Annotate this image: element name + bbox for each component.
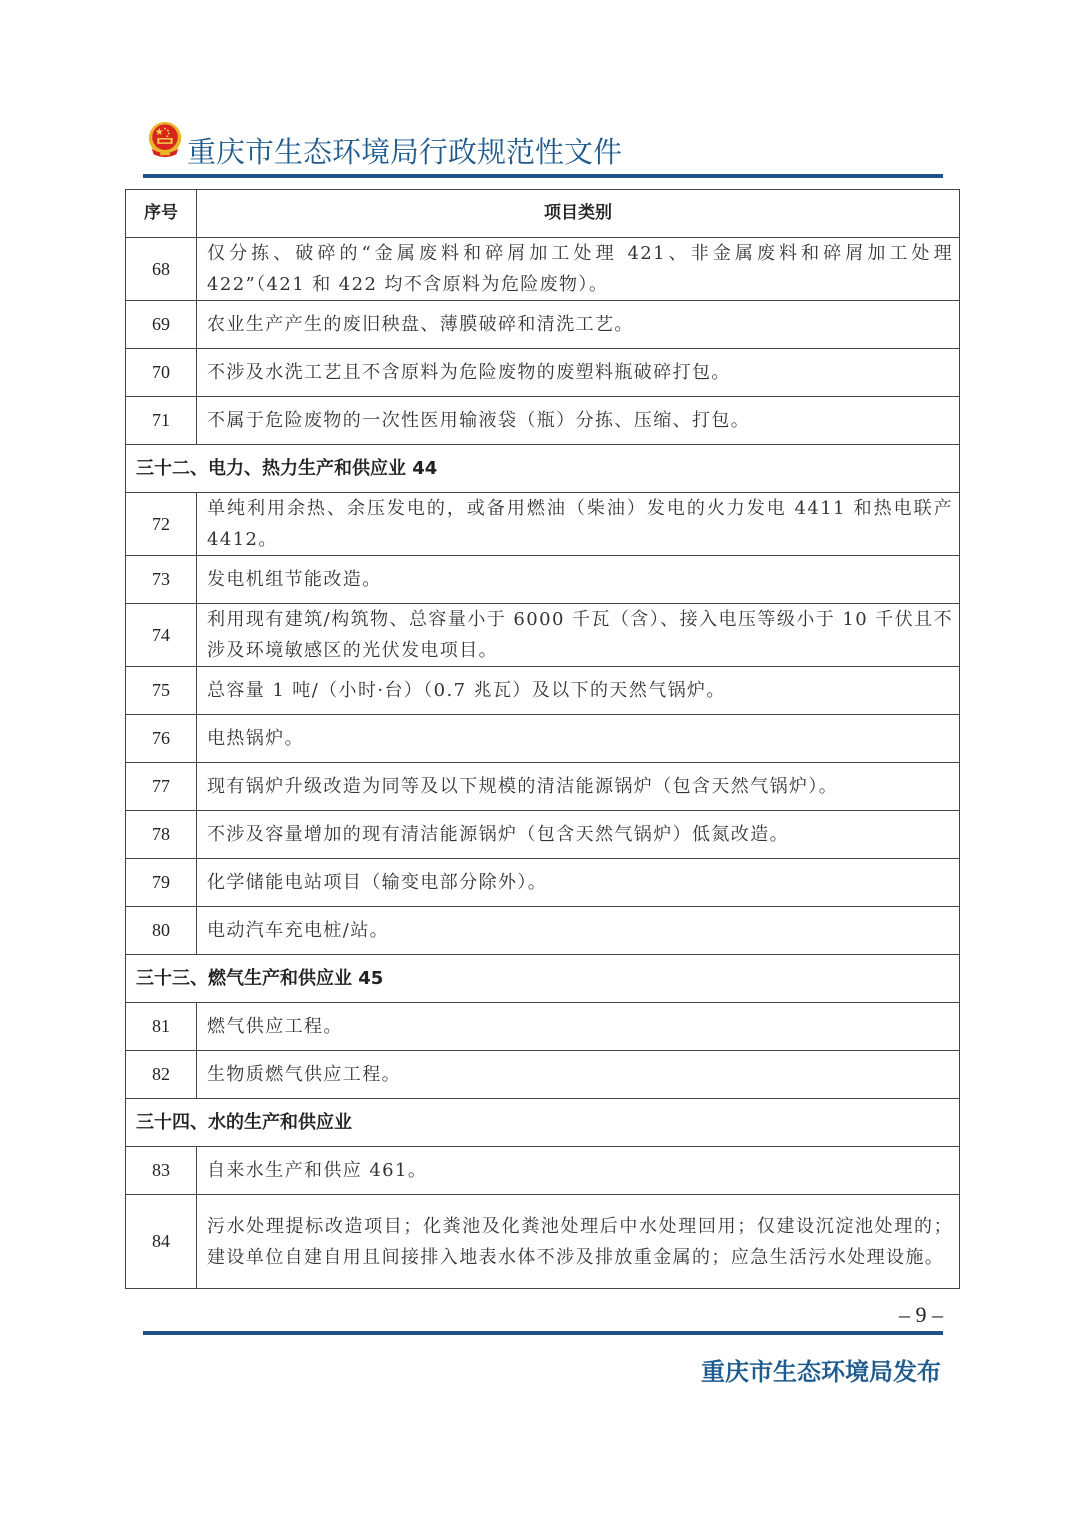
row-number: 71 — [126, 397, 197, 445]
table-row: 73 发电机组节能改造。 — [126, 556, 960, 604]
table-row: 76 电热锅炉。 — [126, 715, 960, 763]
table-row: 69 农业生产产生的废旧秧盘、薄膜破碎和清洗工艺。 — [126, 301, 960, 349]
table-row: 78 不涉及容量增加的现有清洁能源锅炉（包含天然气锅炉）低氮改造。 — [126, 811, 960, 859]
section-row: 三十四、水的生产和供应业 — [126, 1099, 960, 1147]
row-number: 76 — [126, 715, 197, 763]
row-number: 80 — [126, 907, 197, 955]
footer-divider — [143, 1331, 943, 1335]
table-row: 71 不属于危险废物的一次性医用输液袋（瓶）分拣、压缩、打包。 — [126, 397, 960, 445]
row-description: 仅分拣、破碎的“金属废料和碎屑加工处理 421、非金属废料和碎屑加工处理 422… — [197, 238, 960, 301]
row-description: 化学储能电站项目（输变电部分除外）。 — [197, 859, 960, 907]
page-number: – 9 – — [899, 1302, 943, 1328]
row-description: 燃气供应工程。 — [197, 1003, 960, 1051]
row-description: 利用现有建筑/构筑物、总容量小于 6000 千瓦（含）、接入电压等级小于 10 … — [197, 604, 960, 667]
section-heading: 三十四、水的生产和供应业 — [126, 1099, 960, 1147]
row-description: 不涉及容量增加的现有清洁能源锅炉（包含天然气锅炉）低氮改造。 — [197, 811, 960, 859]
document-header: 重庆市生态环境局行政规范性文件 — [143, 118, 943, 178]
row-description: 自来水生产和供应 461。 — [197, 1147, 960, 1195]
table-row: 68 仅分拣、破碎的“金属废料和碎屑加工处理 421、非金属废料和碎屑加工处理 … — [126, 238, 960, 301]
row-number: 72 — [126, 493, 197, 556]
row-number: 73 — [126, 556, 197, 604]
table-row: 81 燃气供应工程。 — [126, 1003, 960, 1051]
row-number: 83 — [126, 1147, 197, 1195]
table-row: 82 生物质燃气供应工程。 — [126, 1051, 960, 1099]
table-row: 84 污水处理提标改造项目；化粪池及化粪池处理后中水处理回用；仅建设沉淀池处理的… — [126, 1195, 960, 1289]
table-header-row: 序号 项目类别 — [126, 190, 960, 238]
column-header-number: 序号 — [126, 190, 197, 238]
row-number: 70 — [126, 349, 197, 397]
table-row: 70 不涉及水洗工艺且不含原料为危险废物的废塑料瓶破碎打包。 — [126, 349, 960, 397]
row-description: 农业生产产生的废旧秧盘、薄膜破碎和清洗工艺。 — [197, 301, 960, 349]
table-row: 75 总容量 1 吨/（小时·台）（0.7 兆瓦）及以下的天然气锅炉。 — [126, 667, 960, 715]
row-description: 电动汽车充电桩/站。 — [197, 907, 960, 955]
row-description: 不涉及水洗工艺且不含原料为危险废物的废塑料瓶破碎打包。 — [197, 349, 960, 397]
row-number: 68 — [126, 238, 197, 301]
table-row: 80 电动汽车充电桩/站。 — [126, 907, 960, 955]
project-category-table: 序号 项目类别 68 仅分拣、破碎的“金属废料和碎屑加工处理 421、非金属废料… — [125, 189, 960, 1289]
row-number: 81 — [126, 1003, 197, 1051]
row-number: 69 — [126, 301, 197, 349]
row-number: 78 — [126, 811, 197, 859]
row-number: 79 — [126, 859, 197, 907]
column-header-category: 项目类别 — [197, 190, 960, 238]
section-row: 三十二、电力、热力生产和供应业 44 — [126, 445, 960, 493]
footer-publisher: 重庆市生态环境局发布 — [701, 1352, 941, 1387]
row-description: 总容量 1 吨/（小时·台）（0.7 兆瓦）及以下的天然气锅炉。 — [197, 667, 960, 715]
row-description: 不属于危险废物的一次性医用输液袋（瓶）分拣、压缩、打包。 — [197, 397, 960, 445]
table-row: 77 现有锅炉升级改造为同等及以下规模的清洁能源锅炉（包含天然气锅炉）。 — [126, 763, 960, 811]
row-description: 电热锅炉。 — [197, 715, 960, 763]
row-number: 82 — [126, 1051, 197, 1099]
row-description: 污水处理提标改造项目；化粪池及化粪池处理后中水处理回用；仅建设沉淀池处理的；建设… — [197, 1195, 960, 1289]
row-description: 生物质燃气供应工程。 — [197, 1051, 960, 1099]
row-number: 77 — [126, 763, 197, 811]
section-row: 三十三、燃气生产和供应业 45 — [126, 955, 960, 1003]
national-emblem-icon — [146, 120, 184, 160]
row-description: 现有锅炉升级改造为同等及以下规模的清洁能源锅炉（包含天然气锅炉）。 — [197, 763, 960, 811]
table-row: 72 单纯利用余热、余压发电的，或备用燃油（柴油）发电的火力发电 4411 和热… — [126, 493, 960, 556]
row-number: 84 — [126, 1195, 197, 1289]
row-number: 74 — [126, 604, 197, 667]
table-row: 83 自来水生产和供应 461。 — [126, 1147, 960, 1195]
header-divider — [143, 174, 943, 178]
document-page: 重庆市生态环境局行政规范性文件 序号 项目类别 68 仅分拣、破碎的“金属废料和… — [0, 0, 1074, 1520]
row-description: 发电机组节能改造。 — [197, 556, 960, 604]
row-number: 75 — [126, 667, 197, 715]
table-row: 74 利用现有建筑/构筑物、总容量小于 6000 千瓦（含）、接入电压等级小于 … — [126, 604, 960, 667]
section-heading: 三十三、燃气生产和供应业 45 — [126, 955, 960, 1003]
row-description: 单纯利用余热、余压发电的，或备用燃油（柴油）发电的火力发电 4411 和热电联产… — [197, 493, 960, 556]
table-row: 79 化学储能电站项目（输变电部分除外）。 — [126, 859, 960, 907]
section-heading: 三十二、电力、热力生产和供应业 44 — [126, 445, 960, 493]
header-title: 重庆市生态环境局行政规范性文件 — [187, 130, 622, 171]
